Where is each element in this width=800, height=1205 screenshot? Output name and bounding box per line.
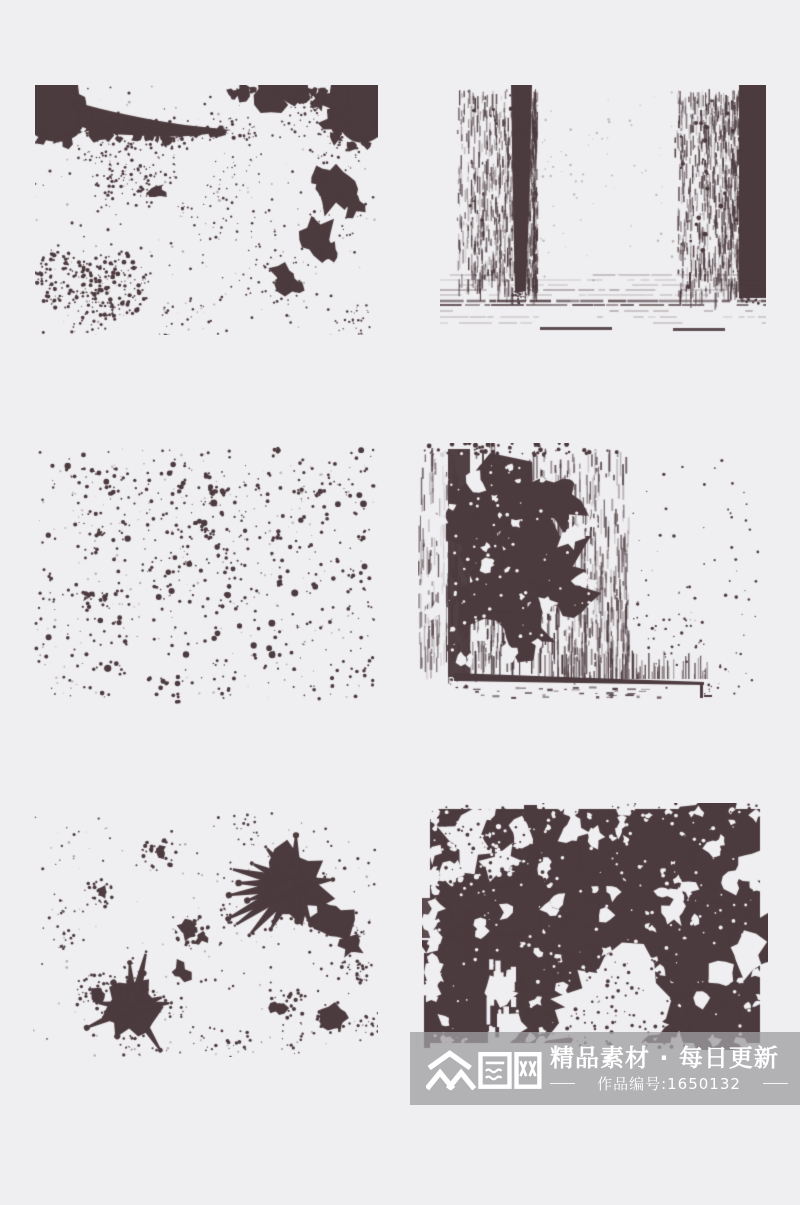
watermark-id-row: 作品编号:1650132 (550, 1073, 788, 1094)
texture-swatch-ink-splat (33, 812, 378, 1057)
zhongtuwang-logo-icon (426, 1049, 542, 1091)
watermark-slogan: 精品素材 · 每日更新 (550, 1044, 788, 1072)
watermark-bar: 精品素材 · 每日更新 作品编号:1650132 (410, 1032, 800, 1105)
texture-swatch-speckle (32, 443, 378, 706)
dash-right (763, 1083, 788, 1084)
zhongtuwang-logo (426, 1049, 542, 1091)
dash-left (550, 1083, 575, 1084)
texture-swatch-corner-grunge (418, 443, 770, 700)
texture-swatch-heavy-grunge (422, 803, 768, 1050)
work-id-text: 作品编号:1650132 (597, 1073, 741, 1094)
texture-swatch-woven-scan (440, 85, 766, 335)
watermark-text-column: 精品素材 · 每日更新 作品编号:1650132 (550, 1044, 800, 1094)
grunge-texture-sheet: 精品素材 · 每日更新 作品编号:1650132 (0, 0, 800, 1205)
texture-swatch-paint-smear (35, 85, 378, 335)
